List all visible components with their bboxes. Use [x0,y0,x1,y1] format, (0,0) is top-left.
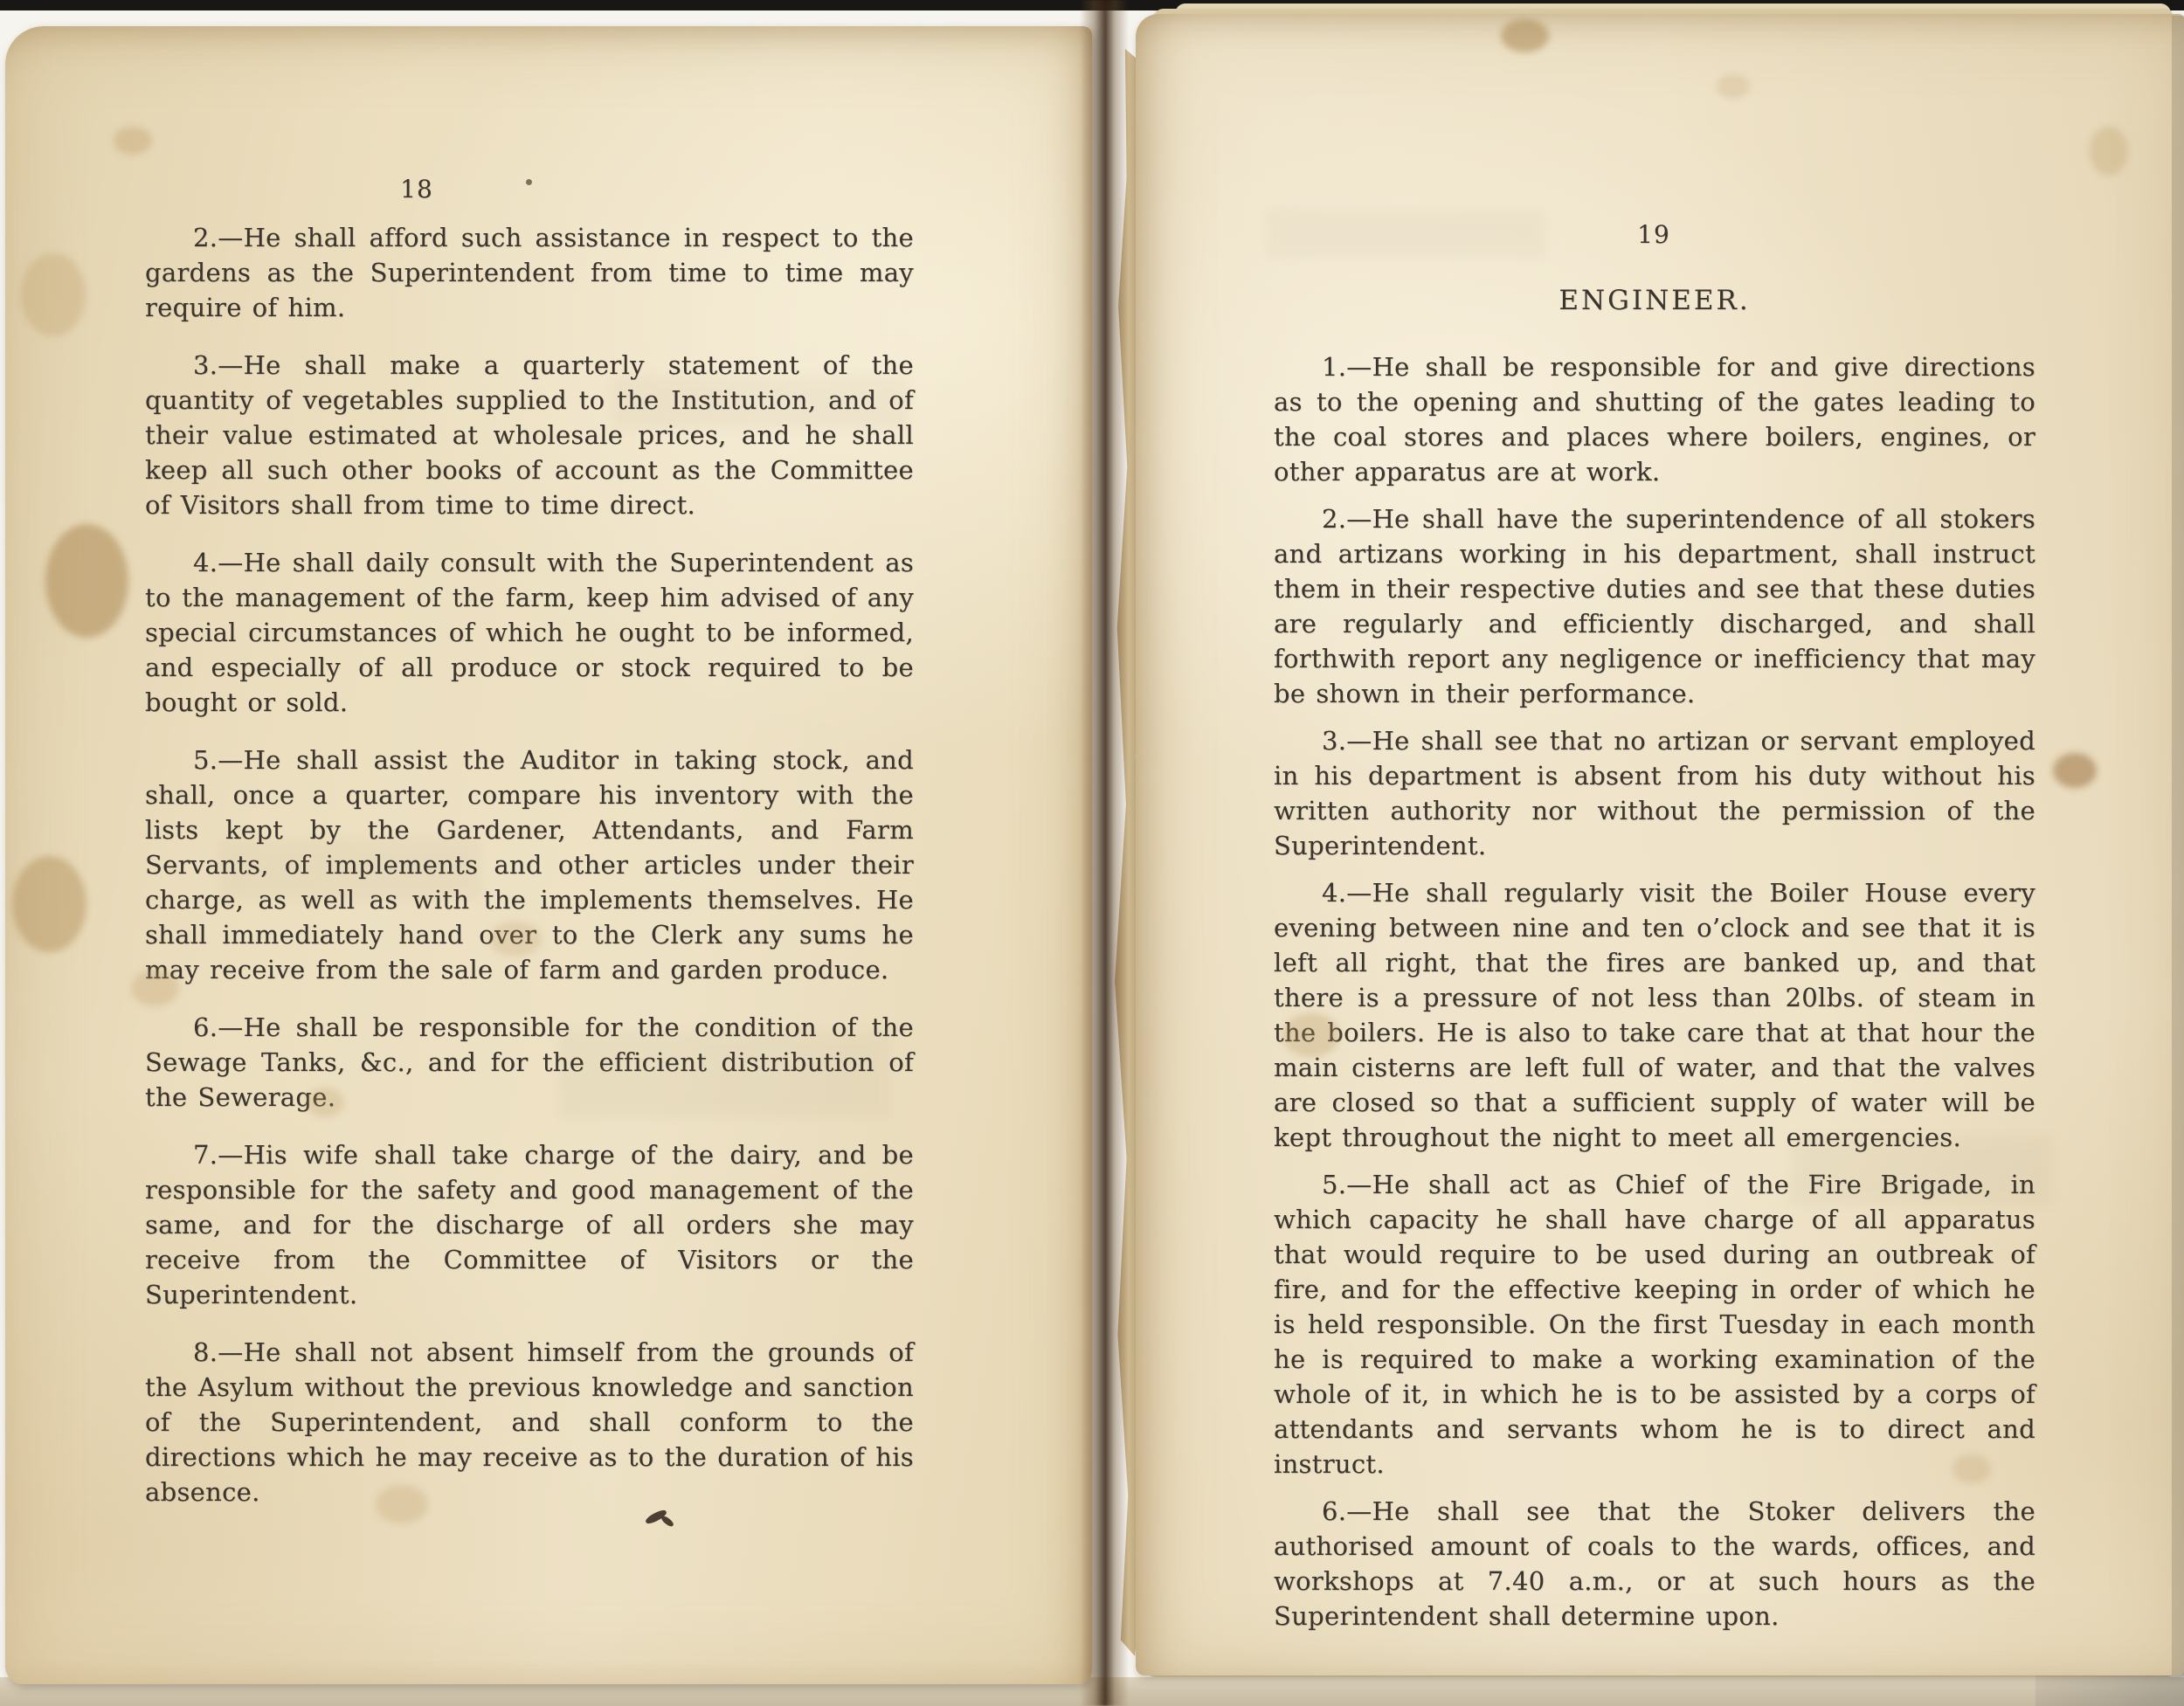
section-heading: ENGINEER. [1274,285,2035,316]
paragraph: 8.—He shall not absent himself from the … [145,1335,914,1509]
paragraph: 4.—He shall regularly visit the Boiler H… [1274,875,2035,1155]
left-page: 18 2.—He shall afford such assistance in… [5,26,1092,1684]
paragraph: 3.—He shall make a quarterly statement o… [145,348,914,522]
right-page-text: 1.—He shall be responsible for and give … [1274,349,2035,1646]
page-edge-shade [2172,16,2184,1675]
paragraph: 2.—He shall afford such assistance in re… [145,220,914,325]
paragraph: 4.—He shall daily consult with the Super… [145,545,914,720]
left-page-text: 2.—He shall afford such assistance in re… [145,220,914,1532]
paragraph: 1.—He shall be responsible for and give … [1274,349,2035,489]
page-number-right: 19 [1601,220,1706,249]
paragraph: 5.—He shall assist the Auditor in taking… [145,742,914,987]
paragraph: 6.—He shall see that the Stoker delivers… [1274,1494,2035,1633]
right-page: 19 ENGINEER. 1.—He shall be responsible … [1136,14,2184,1675]
paragraph: 7.—His wife shall take charge of the dai… [145,1137,914,1312]
book-scan: 18 2.—He shall afford such assistance in… [0,0,2184,1706]
paragraph: 3.—He shall see that no artizan or serva… [1274,723,2035,863]
paragraph: 6.—He shall be responsible for the condi… [145,1010,914,1115]
paragraph: 2.—He shall have the superintendence of … [1274,501,2035,711]
page-number-left: 18 [364,175,469,204]
paragraph: 5.—He shall act as Chief of the Fire Bri… [1274,1167,2035,1482]
